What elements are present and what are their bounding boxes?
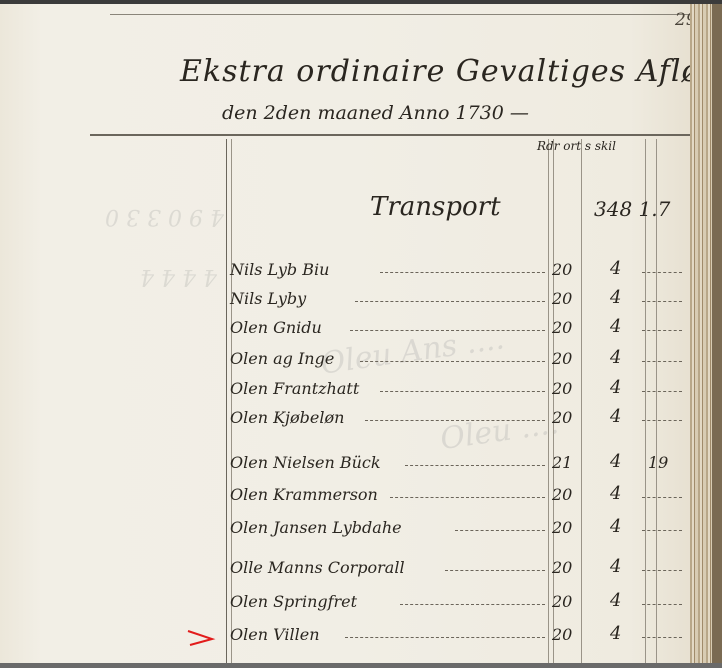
entry-amount: 20 bbox=[552, 558, 572, 577]
entry-name: Olen Springfret bbox=[230, 592, 357, 611]
entry-name: Olen ag Inge bbox=[230, 349, 334, 368]
ledger-row: Olle Manns Corporall 20 4 bbox=[230, 558, 690, 582]
entry-amount: 20 bbox=[552, 349, 572, 368]
column-header: Rdr ort s skil bbox=[537, 139, 616, 153]
ledger-page: 4 9 0 3 3 0 4 4 4 4 Oleu Ans .... Oleu .… bbox=[0, 4, 700, 663]
entry-amount: 20 bbox=[552, 485, 572, 504]
entry-name: Olen Villen bbox=[230, 625, 320, 644]
top-rule bbox=[110, 14, 690, 15]
entry-amount: 20 bbox=[552, 379, 572, 398]
entry-amount: 20 bbox=[552, 289, 572, 308]
transport-total: 348 1.7 bbox=[594, 197, 670, 221]
entry-name: Olen Kjøbeløn bbox=[230, 408, 344, 427]
ledger-row: Olen Gnidu 20 4 bbox=[230, 318, 690, 342]
entry-unit: 4 bbox=[610, 516, 621, 537]
entry-amount: 20 bbox=[552, 408, 572, 427]
entry-unit: 4 bbox=[610, 556, 621, 577]
entry-amount: 20 bbox=[552, 592, 572, 611]
entry-unit: 4 bbox=[610, 623, 621, 644]
page-subtitle: den 2den maaned Anno 1730 — bbox=[222, 102, 529, 124]
entry-amount: 20 bbox=[552, 318, 572, 337]
ledger-row: Olen Kjøbeløn 20 4 bbox=[230, 408, 690, 432]
ledger-row: Olen Krammerson 20 4 bbox=[230, 485, 690, 509]
entry-amount: 20 bbox=[552, 518, 572, 537]
entry-name: Olen Jansen Lybdahe bbox=[230, 518, 402, 537]
entry-name: Olen Gnidu bbox=[230, 318, 322, 337]
ledger-row: Olen Jansen Lybdahe 20 4 bbox=[230, 518, 690, 542]
entry-unit: 4 bbox=[610, 590, 621, 611]
viewer-bottom-bar bbox=[0, 663, 722, 668]
entry-unit: 4 bbox=[610, 316, 621, 337]
entry-name: Nils Lyb Biu bbox=[230, 260, 329, 279]
left-margin-rule bbox=[226, 139, 227, 663]
ledger-row: Nils Lyb Biu 20 4 bbox=[230, 260, 690, 284]
entry-unit: 4 bbox=[610, 406, 621, 427]
transport-label: Transport bbox=[370, 192, 501, 222]
entry-unit: 4 bbox=[610, 287, 621, 308]
entry-extra: 19 bbox=[648, 453, 668, 472]
entry-amount: 20 bbox=[552, 260, 572, 279]
red-arrow-marker-icon bbox=[186, 627, 216, 647]
header-rule bbox=[90, 134, 690, 136]
entry-unit: 4 bbox=[610, 451, 621, 472]
ledger-row: Olen Frantzhatt 20 4 bbox=[230, 379, 690, 403]
entry-name: Olen Krammerson bbox=[230, 485, 378, 504]
entry-unit: 4 bbox=[610, 347, 621, 368]
entry-amount: 21 bbox=[552, 453, 572, 472]
entry-amount: 20 bbox=[552, 625, 572, 644]
entry-name: Nils Lyby bbox=[230, 289, 306, 308]
ledger-row: Olen ag Inge 20 4 bbox=[230, 349, 690, 373]
bleed-through-text: 4 9 0 3 3 0 bbox=[105, 204, 224, 229]
bleed-through-text: 4 4 4 4 bbox=[140, 264, 217, 289]
entry-name: Olle Manns Corporall bbox=[230, 558, 405, 577]
page-title: Ekstra ordinaire Gevaltiges Afløsning fo… bbox=[180, 54, 722, 89]
entry-name: Olen Nielsen Bück bbox=[230, 453, 381, 472]
entry-unit: 4 bbox=[610, 377, 621, 398]
ledger-row: Olen Villen 20 4 bbox=[230, 625, 690, 649]
entry-name: Olen Frantzhatt bbox=[230, 379, 359, 398]
entry-unit: 4 bbox=[610, 258, 621, 279]
ledger-row: Olen Springfret 20 4 bbox=[230, 592, 690, 616]
entry-unit: 4 bbox=[610, 483, 621, 504]
book-binding-edge bbox=[712, 4, 722, 663]
ledger-row: Olen Nielsen Bück 21 4 19 bbox=[230, 453, 690, 477]
ledger-row: Nils Lyby 20 4 bbox=[230, 289, 690, 313]
